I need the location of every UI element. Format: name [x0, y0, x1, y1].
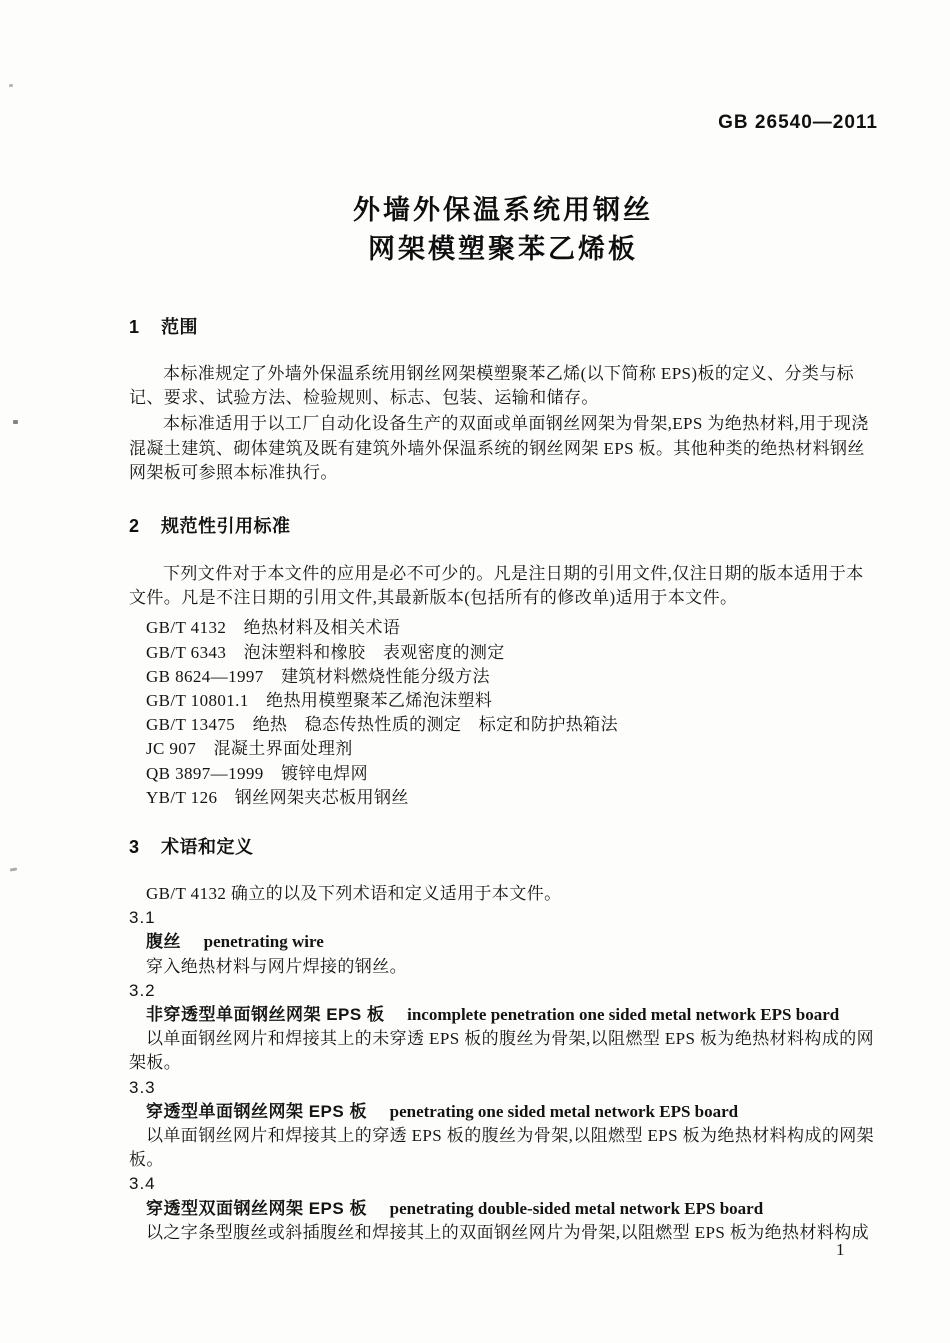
term-name-en: penetrating double-sided metal network E… — [390, 1199, 764, 1218]
term-name-cn: 穿透型双面钢丝网架 EPS 板 — [146, 1199, 367, 1218]
paragraph-terms-intro: GB/T 4132 确立的以及下列术语和定义适用于本文件。 — [129, 882, 877, 906]
section-title: 范围 — [161, 317, 198, 337]
reference-item: GB/T 6343 泡沫塑料和橡胶 表观密度的测定 — [146, 641, 877, 665]
document-page: GB 26540—2011 外墙外保温系统用钢丝 网架模塑聚苯乙烯板 1 范围 … — [0, 0, 950, 1343]
page-number: 1 — [836, 1240, 845, 1260]
term-heading: 穿透型双面钢丝网架 EPS 板 penetrating double-sided… — [129, 1197, 877, 1221]
term-definition: 以单面钢丝网片和焊接其上的穿透 EPS 板的腹丝为骨架,以阻燃型 EPS 板为绝… — [129, 1124, 877, 1172]
scan-artifact — [13, 420, 18, 424]
reference-list: GB/T 4132 绝热材料及相关术语 GB/T 6343 泡沫塑料和橡胶 表观… — [129, 616, 877, 810]
section-number: 1 — [129, 317, 140, 337]
paragraph-scope-1: 本标准规定了外墙外保温系统用钢丝网架模塑聚苯乙烯(以下简称 EPS)板的定义、分… — [129, 362, 877, 410]
reference-item: GB/T 13475 绝热 稳态传热性质的测定 标定和防护热箱法 — [146, 713, 877, 737]
reference-item: YB/T 126 钢丝网架夹芯板用钢丝 — [146, 786, 877, 810]
document-body: 1 范围 本标准规定了外墙外保温系统用钢丝网架模塑聚苯乙烯(以下简称 EPS)板… — [129, 308, 877, 1245]
section-2-heading: 2 规范性引用标准 — [129, 515, 877, 537]
term-heading: 穿透型单面钢丝网架 EPS 板 penetrating one sided me… — [129, 1100, 877, 1124]
section-number: 3 — [129, 837, 140, 857]
document-title: 外墙外保温系统用钢丝 网架模塑聚苯乙烯板 — [129, 191, 877, 269]
document-title-line1: 外墙外保温系统用钢丝 — [129, 191, 877, 230]
paragraph-references-intro: 下列文件对于本文件的应用是必不可少的。凡是注日期的引用文件,仅注日期的版本适用于… — [129, 562, 877, 610]
term-entry: 3.1 腹丝 penetrating wire 穿入绝热材料与网片焊接的钢丝。 — [129, 906, 877, 979]
term-name-cn: 穿透型单面钢丝网架 EPS 板 — [146, 1102, 367, 1121]
term-heading: 非穿透型单面钢丝网架 EPS 板 incomplete penetration … — [129, 1003, 877, 1027]
standard-code: GB 26540—2011 — [718, 112, 878, 134]
term-entry: 3.2 非穿透型单面钢丝网架 EPS 板 incomplete penetrat… — [129, 979, 877, 1076]
term-name-cn: 非穿透型单面钢丝网架 EPS 板 — [146, 1005, 384, 1024]
term-number: 3.1 — [129, 906, 877, 930]
reference-item: GB 8624—1997 建筑材料燃烧性能分级方法 — [146, 665, 877, 689]
section-3-heading: 3 术语和定义 — [129, 836, 877, 858]
term-number: 3.3 — [129, 1076, 877, 1100]
term-definition: 穿入绝热材料与网片焊接的钢丝。 — [129, 955, 877, 979]
section-number: 2 — [129, 516, 140, 536]
term-number: 3.2 — [129, 979, 877, 1003]
term-definition: 以之字条型腹丝或斜插腹丝和焊接其上的双面钢丝网片为骨架,以阻燃型 EPS 板为绝… — [129, 1221, 877, 1245]
term-entry: 3.3 穿透型单面钢丝网架 EPS 板 penetrating one side… — [129, 1076, 877, 1173]
term-name-en: penetrating wire — [204, 932, 324, 951]
term-entry: 3.4 穿透型双面钢丝网架 EPS 板 penetrating double-s… — [129, 1172, 877, 1245]
section-title: 术语和定义 — [161, 837, 254, 857]
term-name-en: penetrating one sided metal network EPS … — [390, 1102, 739, 1121]
term-name-en: incomplete penetration one sided metal n… — [407, 1005, 839, 1024]
section-1-heading: 1 范围 — [129, 308, 877, 338]
section-title: 规范性引用标准 — [161, 516, 291, 536]
scan-artifact — [9, 84, 13, 87]
term-heading: 腹丝 penetrating wire — [129, 930, 877, 954]
term-number: 3.4 — [129, 1172, 877, 1196]
paragraph-scope-2: 本标准适用于以工厂自动化设备生产的双面或单面钢丝网架为骨架,EPS 为绝热材料,… — [129, 412, 877, 485]
reference-item: QB 3897—1999 镀锌电焊网 — [146, 762, 877, 786]
scan-artifact — [10, 867, 17, 871]
term-definition: 以单面钢丝网片和焊接其上的未穿透 EPS 板的腹丝为骨架,以阻燃型 EPS 板为… — [129, 1027, 877, 1075]
term-name-cn: 腹丝 — [146, 932, 181, 951]
document-title-line2: 网架模塑聚苯乙烯板 — [129, 230, 877, 269]
reference-item: GB/T 10801.1 绝热用模塑聚苯乙烯泡沫塑料 — [146, 689, 877, 713]
reference-item: GB/T 4132 绝热材料及相关术语 — [146, 616, 877, 640]
reference-item: JC 907 混凝土界面处理剂 — [146, 737, 877, 761]
